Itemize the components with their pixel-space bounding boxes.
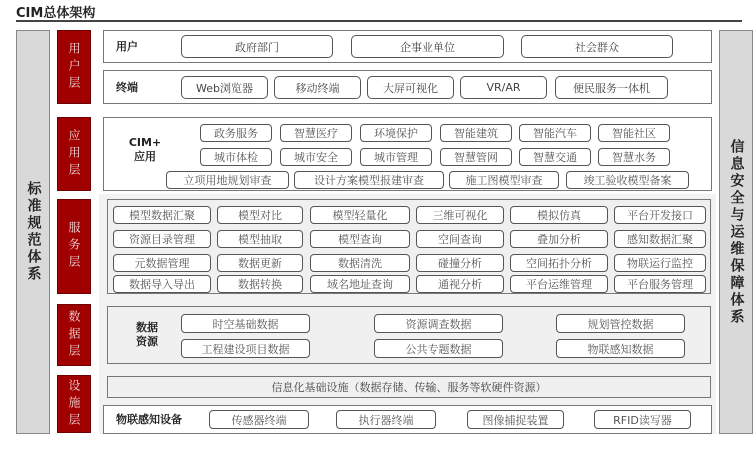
app-item: 智慧水务: [598, 148, 670, 166]
terminal-vrar: VR/AR: [460, 76, 547, 99]
service-item: 叠加分析: [510, 230, 608, 248]
terminals-label: 终端: [116, 81, 138, 95]
users-panel: 用户 政府部门 企事业单位 社会群众: [103, 30, 712, 63]
app-item: 智慧医疗: [280, 124, 352, 142]
terminal-kiosk: 便民服务一体机: [555, 76, 668, 99]
app-item: 政务服务: [200, 124, 272, 142]
title-divider: [16, 20, 742, 22]
app-item: 智能建筑: [440, 124, 512, 142]
standards-system-label: 标准规范体系: [23, 181, 44, 283]
service-item: 资源目录管理: [113, 230, 211, 248]
iot-devices-label: 物联感知设备: [116, 413, 182, 427]
user-enterprise: 企事业单位: [351, 35, 504, 58]
service-item: 数据转换: [217, 275, 303, 293]
service-item: 物联运行监控: [614, 254, 706, 272]
service-item: 元数据管理: [113, 254, 211, 272]
app-item: 施工图模型审查: [449, 171, 559, 189]
app-item: 竣工验收模型备案: [566, 171, 689, 189]
service-item: 域名地址查询: [310, 275, 410, 293]
layer-tag-facility: 设施层: [57, 375, 91, 433]
layer-tag-service: 服务层: [57, 199, 91, 294]
service-item: 空间拓扑分析: [510, 254, 608, 272]
iot-devices-panel: 物联感知设备 传感器终端 执行器终端 图像捕捉装置 RFID读写器: [103, 405, 712, 434]
data-resource-label: 数据 资源: [122, 321, 172, 349]
layer-tag-user: 用户层: [57, 30, 91, 104]
service-item: 模型抽取: [217, 230, 303, 248]
cim-plus-label: CIM+ 应用: [122, 136, 168, 164]
iot-item: 传感器终端: [209, 410, 309, 429]
service-item: 数据清洗: [310, 254, 410, 272]
service-item: 空间查询: [416, 230, 504, 248]
data-panel: 数据 资源 时空基础数据 资源调查数据 规划管控数据 工程建设项目数据 公共专题…: [107, 306, 711, 364]
service-item: 碰撞分析: [416, 254, 504, 272]
service-item: 平台开发接口: [614, 206, 706, 224]
data-item: 资源调查数据: [374, 314, 503, 333]
service-item: 模型数据汇聚: [113, 206, 211, 224]
service-item: 数据导入导出: [113, 275, 211, 293]
page-title: CIM总体架构: [16, 2, 95, 21]
security-ops-label: 信息安全与运维保障体系: [726, 139, 747, 326]
app-item: 智能社区: [598, 124, 670, 142]
application-panel: CIM+ 应用 政务服务 智慧医疗 环境保护 智能建筑 智能汽车 智能社区 城市…: [103, 117, 712, 191]
data-item: 公共专题数据: [374, 339, 503, 358]
service-panel: 模型数据汇聚 模型对比 模型轻量化 三维可视化 模拟仿真 平台开发接口 资源目录…: [107, 199, 711, 294]
app-item: 城市管理: [360, 148, 432, 166]
terminal-bigscreen: 大屏可视化: [367, 76, 454, 99]
service-item: 通视分析: [416, 275, 504, 293]
service-item: 模拟仿真: [510, 206, 608, 224]
app-item: 智慧管网: [440, 148, 512, 166]
terminal-mobile: 移动终端: [274, 76, 361, 99]
iot-item: RFID读写器: [594, 410, 691, 429]
app-item: 环境保护: [360, 124, 432, 142]
terminal-web: Web浏览器: [181, 76, 268, 99]
service-item: 模型对比: [217, 206, 303, 224]
service-item: 数据更新: [217, 254, 303, 272]
service-item: 模型查询: [310, 230, 410, 248]
app-item: 城市体检: [200, 148, 272, 166]
users-label: 用户: [116, 40, 138, 54]
data-item: 规划管控数据: [556, 314, 685, 333]
app-item: 智慧交通: [519, 148, 591, 166]
security-ops-column: 信息安全与运维保障体系: [719, 30, 753, 434]
data-item: 时空基础数据: [181, 314, 310, 333]
infrastructure-bar: 信息化基础设施（数据存储、传输、服务等软硬件资源）: [107, 376, 711, 398]
standards-system-column: 标准规范体系: [16, 30, 50, 434]
user-public: 社会群众: [521, 35, 673, 58]
layer-tag-data: 数据层: [57, 304, 91, 366]
app-item: 智能汽车: [519, 124, 591, 142]
user-government: 政府部门: [181, 35, 333, 58]
layer-tag-application: 应用层: [57, 117, 91, 191]
app-item: 立项用地规划审查: [166, 171, 289, 189]
app-item: 城市安全: [280, 148, 352, 166]
data-item: 工程建设项目数据: [181, 339, 310, 358]
service-item: 感知数据汇聚: [614, 230, 706, 248]
iot-item: 图像捕捉装置: [467, 410, 564, 429]
data-item: 物联感知数据: [556, 339, 685, 358]
service-item: 平台服务管理: [614, 275, 706, 293]
app-item: 设计方案模型报建审查: [294, 171, 444, 189]
service-item: 平台运维管理: [510, 275, 608, 293]
service-item: 模型轻量化: [310, 206, 410, 224]
service-item: 三维可视化: [416, 206, 504, 224]
terminals-panel: 终端 Web浏览器 移动终端 大屏可视化 VR/AR 便民服务一体机: [103, 70, 712, 104]
iot-item: 执行器终端: [336, 410, 436, 429]
